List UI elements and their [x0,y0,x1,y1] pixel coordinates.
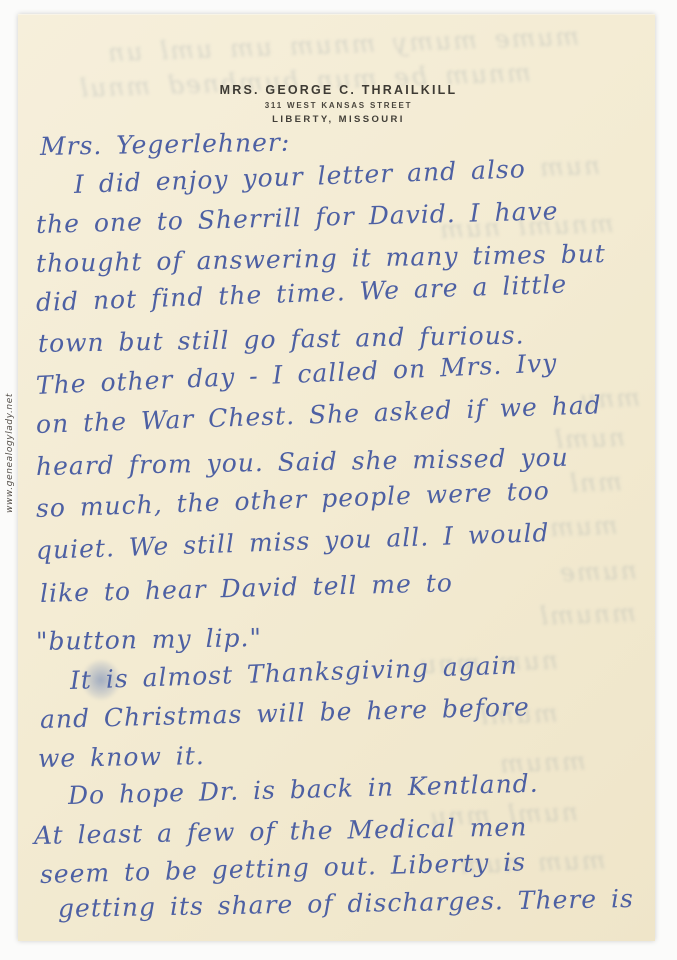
handwritten-salutation: Mrs. Yegerlehner: [40,130,291,159]
ink-smudge [82,660,120,700]
watermark-url: www.genealogylady.net [5,373,15,533]
bleed-through-text: num [538,153,601,180]
bleed-through-text: mum [548,513,618,540]
letterhead-street: 311 WEST KANSAS STREET [0,101,677,110]
bleed-through-text: mnuml [538,600,636,628]
bleed-through-text: mume mumy mnum um uml un [106,24,580,65]
scanned-letter-photo: www.genealogylady.net mume mumy mnum um … [0,0,677,960]
handwritten-line: "button my lip." [36,625,262,654]
letterhead-city: LIBERTY, MISSOURI [0,114,677,125]
letterhead-name: MRS. GEORGE C. THRAILKILL [0,83,677,97]
bleed-through-text: mnl [568,469,623,496]
handwritten-line: we know it. [38,743,205,771]
bleed-through-text: nume [558,558,638,586]
letterhead: MRS. GEORGE C. THRAILKILL 311 WEST KANSA… [0,83,677,125]
